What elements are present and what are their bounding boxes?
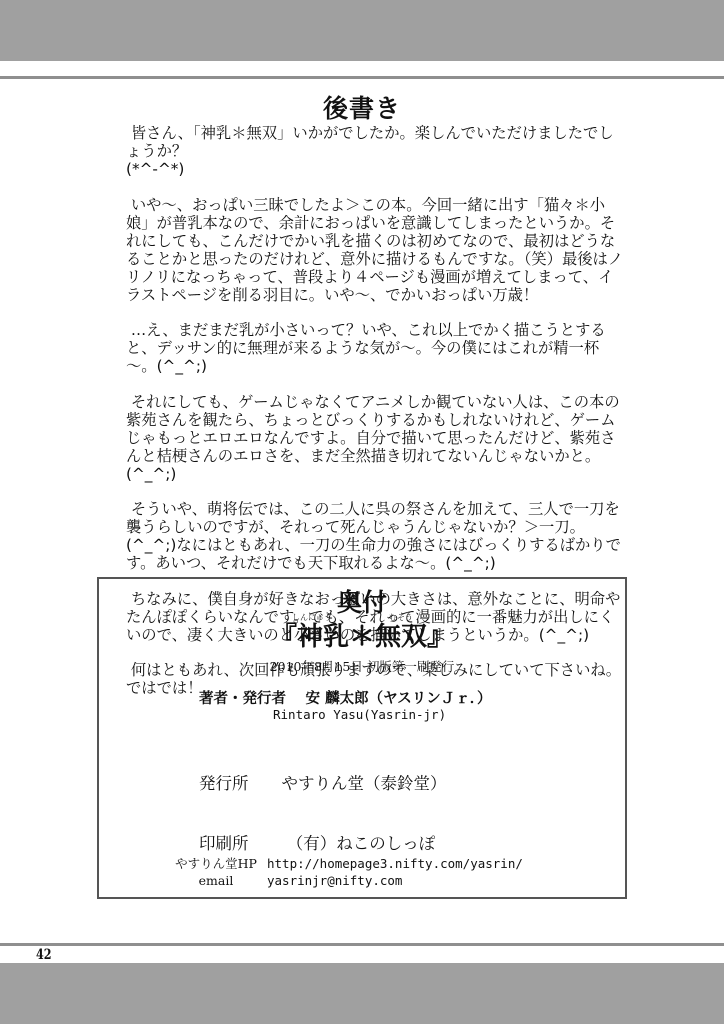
colophon-box: 奥付 しんにゅう むそう 『神乳＊無双』 2010年8月15日 初版第一刷発行 … bbox=[97, 577, 627, 899]
afterword-paragraph: …え、まだまだ乳が小さいって？いや、これ以上でかく描こうとすると、デッサン的に無… bbox=[126, 321, 626, 375]
ruby-left: しんにゅう bbox=[292, 612, 332, 623]
afterword-paragraph: いや～、おっぱい三昧でしたよ＞この本。今回一緒に出す「猫々＊小娘」が普乳本なので… bbox=[126, 196, 626, 304]
book-title: 『神乳＊無双』 bbox=[99, 622, 625, 652]
homepage-label: やすりん堂HP bbox=[165, 855, 267, 872]
book-title-block: しんにゅう むそう 『神乳＊無双』 bbox=[99, 612, 625, 652]
bottom-divider bbox=[0, 943, 724, 946]
afterword-paragraph: 皆さん、「神乳＊無双」いかがでしたか。楽しんでいただけましたでしょうか？ (*^… bbox=[126, 124, 626, 178]
homepage-url[interactable]: http://homepage3.nifty.com/yasrin/ bbox=[267, 855, 523, 872]
afterword-paragraph: それにしても、ゲームじゃなくてアニメしか観ていない人は、この本の紫苑さんを観たら… bbox=[126, 393, 626, 483]
contact-block: やすりん堂HP http://homepage3.nifty.com/yasri… bbox=[165, 855, 523, 889]
author-line: 著者・発行者 安 麟太郎（ヤスリンＪｒ．） bbox=[199, 687, 492, 708]
afterword-title: 後書き bbox=[0, 89, 724, 125]
top-divider bbox=[0, 76, 724, 79]
ruby-right: むそう bbox=[389, 612, 413, 623]
afterword-paragraph: そういや、萌将伝では、この二人に呉の祭さんを加えて、三人で一刀を襲うらしいのです… bbox=[126, 500, 626, 572]
publisher-line: 発行所 やすりん堂（泰鈴堂） bbox=[199, 774, 447, 794]
printer-line: 印刷所 （有）ねこのしっぽ bbox=[199, 834, 447, 854]
author-romaji: Rintaro Yasu(Yasrin-jr) bbox=[273, 707, 446, 722]
email-address[interactable]: yasrinjr@nifty.com bbox=[267, 872, 402, 889]
email-label: email bbox=[165, 872, 267, 889]
top-margin-band bbox=[0, 0, 724, 61]
bottom-margin-band bbox=[0, 963, 724, 1024]
page-number: 42 bbox=[36, 947, 52, 963]
publication-date: 2010年8月15日 初版第一刷発行 bbox=[99, 657, 625, 675]
